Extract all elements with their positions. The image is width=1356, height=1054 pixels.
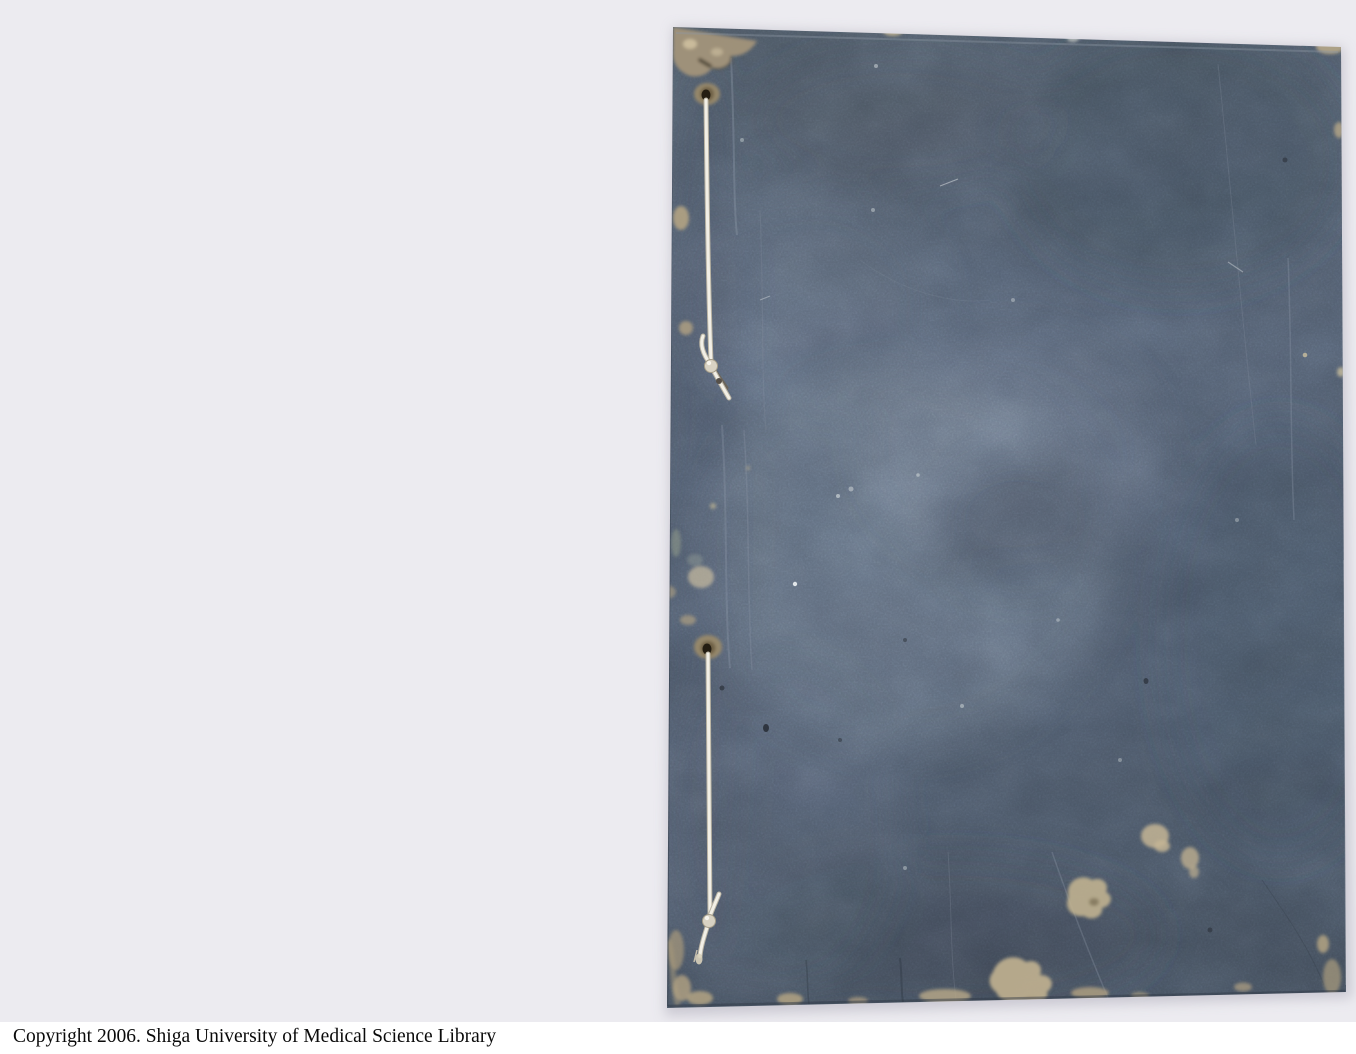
book-photo-svg	[0, 0, 1356, 1022]
copyright-caption: Copyright 2006. Shiga University of Medi…	[0, 1022, 1356, 1052]
caption-bar: Copyright 2006. Shiga University of Medi…	[0, 1022, 1356, 1054]
cover-texture	[660, 18, 1356, 1018]
book-cover	[640, 15, 1356, 1020]
digitized-book-photo: Copyright 2006. Shiga University of Medi…	[0, 0, 1356, 1054]
photo-area	[0, 0, 1356, 1022]
